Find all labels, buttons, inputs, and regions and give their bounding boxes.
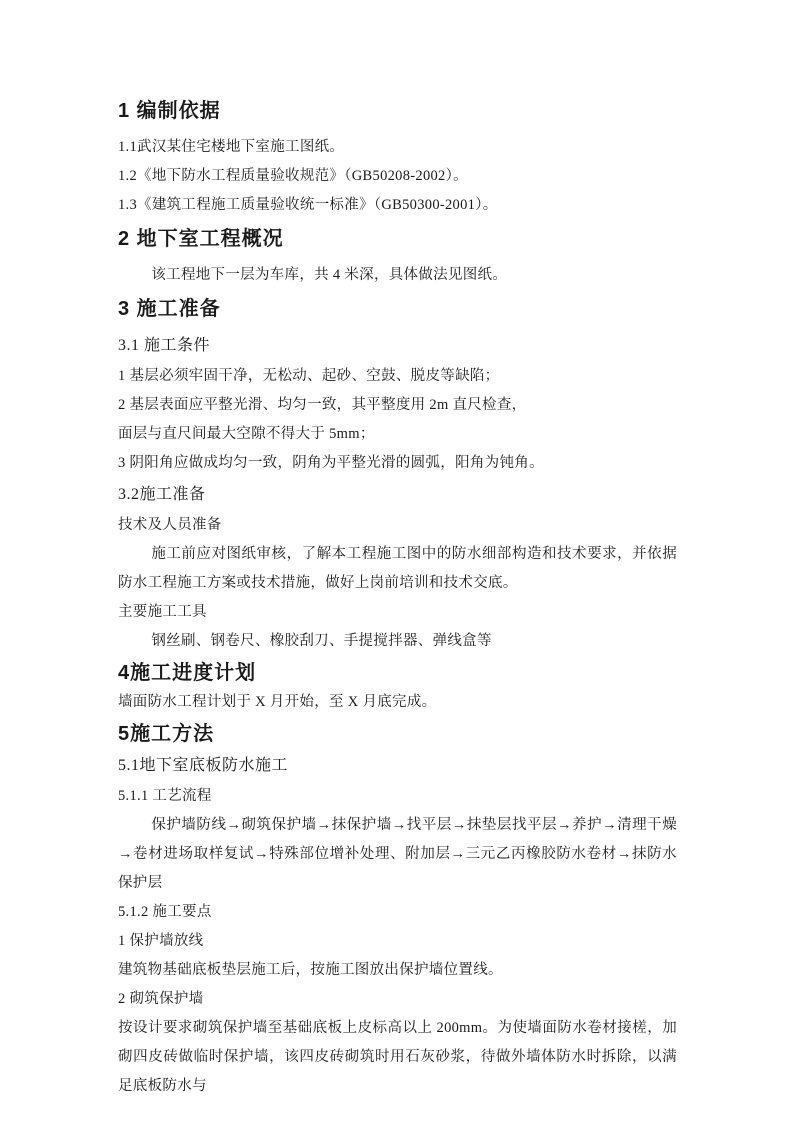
paragraph: 面层与直尺间最大空隙不得大于 5mm； — [118, 420, 677, 449]
paragraph: 施工前应对图纸审核，了解本工程施工图中的防水细部构造和技术要求，并依据防水工程施… — [118, 540, 677, 598]
paragraph: 1 保护墙放线 — [118, 927, 677, 956]
sub-heading-5-1: 5.1地下室底板防水施工 — [118, 751, 677, 780]
paragraph: 1.3《建筑工程施工质量验收统一标准》（GB50300-2001）。 — [118, 191, 677, 220]
paragraph: 2 基层表面应平整光滑、均匀一致，其平整度用 2m 直尺检查， — [118, 391, 677, 420]
paragraph: 保护墙防线→砌筑保护墙→抹保护墙→找平层→抹垫层找平层→养护→清理干燥→卷材进场… — [118, 811, 677, 898]
paragraph: 墙面防水工程计划于 X 月开始，至 X 月底完成。 — [118, 688, 677, 717]
paragraph: 钢丝刷、钢卷尺、橡胶刮刀、手提搅拌器、弹线盒等 — [118, 627, 677, 656]
paragraph: 建筑物基础底板垫层施工后，按施工图放出保护墙位置线。 — [118, 956, 677, 985]
section-heading-1: 1 编制依据 — [118, 97, 677, 126]
section-heading-3: 3 施工准备 — [118, 295, 677, 324]
sub-heading-3-2: 3.2施工准备 — [118, 480, 677, 509]
sub-heading-5-1-1: 5.1.1 工艺流程 — [118, 782, 677, 811]
paragraph: 该工程地下一层为车库，共 4 米深，具体做法见图纸。 — [118, 261, 677, 290]
paragraph: 主要施工工具 — [118, 598, 677, 627]
paragraph: 1 基层必须牢固干净，无松动、起砂、空鼓、脱皮等缺陷； — [118, 362, 677, 391]
sub-heading-3-1: 3.1 施工条件 — [118, 331, 677, 360]
paragraph: 1.1武汉某住宅楼地下室施工图纸。 — [118, 133, 677, 162]
document-page: 1 编制依据1.1武汉某住宅楼地下室施工图纸。1.2《地下防水工程质量验收规范》… — [0, 0, 793, 1122]
paragraph: 按设计要求砌筑保护墙至基础底板上皮标高以上 200mm。为使墙面防水卷材接槎，加… — [118, 1014, 677, 1101]
paragraph: 技术及人员准备 — [118, 511, 677, 540]
sub-heading-5-1-2: 5.1.2 施工要点 — [118, 898, 677, 927]
section-heading-2: 2 地下室工程概况 — [118, 225, 677, 254]
paragraph: 1.2《地下防水工程质量验收规范》（GB50208-2002）。 — [118, 162, 677, 191]
section-heading-4: 4施工进度计划 — [118, 659, 677, 688]
paragraph: 3 阴阳角应做成均匀一致，阴角为平整光滑的圆弧，阳角为钝角。 — [118, 449, 677, 478]
section-heading-5: 5施工方法 — [118, 720, 677, 749]
paragraph: 2 砌筑保护墙 — [118, 985, 677, 1014]
